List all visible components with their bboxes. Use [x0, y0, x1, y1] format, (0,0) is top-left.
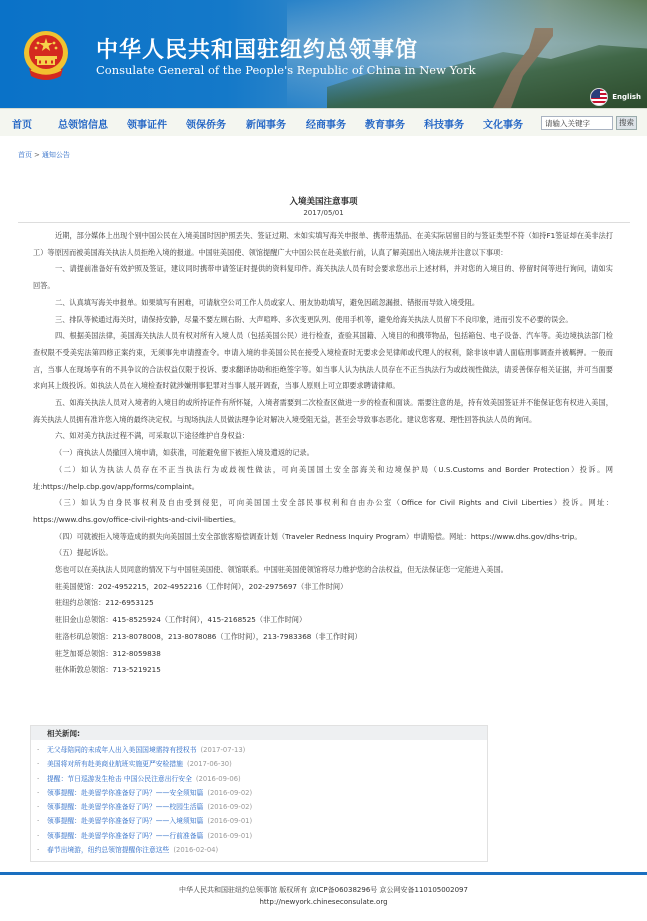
article-paragraph: 近期，部分媒体上出现个别中国公民在入境美国时因护照丢失、签证过期、未如实填写海关… — [33, 228, 613, 261]
breadcrumb-separator: > — [34, 151, 40, 159]
contact-chicago: 驻芝加哥总领馆：312-8059838 — [33, 646, 613, 663]
related-news-link[interactable]: 无父母陪同的未成年人出入美国国境需持有授权书 — [47, 746, 197, 754]
nav-item-protection-overseas-chinese[interactable]: 领保侨务 — [186, 116, 226, 131]
site-header: 中华人民共和国驻纽约总领事馆 Consulate General of the … — [0, 0, 647, 108]
nav-item-science-technology[interactable]: 科技事务 — [424, 116, 464, 131]
national-emblem-icon — [21, 28, 71, 82]
article-paragraph: 六、如对美方执法过程不满，可采取以下途径维护自身权益： — [33, 428, 613, 445]
related-news-item: ·领事提醒：赴美留学你准备好了吗？——安全须知篇(2016-09-02) — [37, 786, 487, 800]
bullet-icon: · — [37, 843, 47, 857]
related-news-link[interactable]: 提醒：节日巡游发生枪击 中国公民注意出行安全 — [47, 775, 192, 783]
bullet-icon: · — [37, 786, 47, 800]
related-news-date: (2017-07-13) — [201, 746, 246, 754]
article-body: 近期，部分媒体上出现个别中国公民在入境美国时因护照丢失、签证过期、未如实填写海关… — [33, 228, 613, 679]
nav-item-consulate-info[interactable]: 总领馆信息 — [58, 116, 108, 131]
english-language-link[interactable]: English — [590, 88, 641, 106]
title-divider — [18, 222, 630, 223]
article-paragraph: 五、如海关执法人员对入境者的入境目的或所持证件有所怀疑，入境者需要到二次检查区做… — [33, 395, 613, 428]
footer-divider — [0, 872, 647, 875]
main-nav: 首页 总领馆信息 领事证件 领保侨务 新闻事务 经商事务 教育事务 科技事务 文… — [0, 108, 647, 136]
related-news-date: (2016-09-01) — [207, 817, 252, 825]
bullet-icon: · — [37, 757, 47, 771]
article-paragraph: （二）如认为执法人员存在不正当执法行为或歧视性做法，可向美国国土安全部海关和边境… — [33, 462, 613, 495]
contact-san-francisco: 驻旧金山总领馆：415-8525924（工作时间），415-2168525（非工… — [33, 612, 613, 629]
article-paragraph: 二、认真填写海关申报单。如果填写有困难，可请航空公司工作人员或家人、朋友协助填写… — [33, 295, 613, 312]
us-flag-icon — [590, 88, 608, 106]
search-input[interactable] — [541, 116, 613, 130]
related-news-link[interactable]: 美国将对所有赴美商业航班实施更严安检措施 — [47, 760, 183, 768]
article-paragraph: （五）提起诉讼。 — [33, 545, 613, 562]
related-news-date: (2016-09-02) — [207, 803, 252, 811]
related-news-heading: 相关新闻: — [31, 726, 487, 740]
related-news-item: ·美国将对所有赴美商业航班实施更严安检措施(2017-06-30) — [37, 757, 487, 771]
nav-item-education[interactable]: 教育事务 — [365, 116, 405, 131]
breadcrumb-current-link[interactable]: 通知公告 — [42, 151, 70, 159]
article-paragraph: （三）如认为自身民事权利及自由受到侵犯，可向美国国土安全部民事权利和自由办公室（… — [33, 495, 613, 528]
site-title-chinese: 中华人民共和国驻纽约总领事馆 — [96, 33, 418, 64]
bullet-icon: · — [37, 743, 47, 757]
related-news-link[interactable]: 领事提醒：赴美留学你准备好了吗？——校园生活篇 — [47, 803, 203, 811]
article-paragraph: 四、根据美国法律，美国海关执法人员有权对所有入境人员（包括美国公民）进行检查，查… — [33, 328, 613, 395]
article-paragraph: 三、排队等候通过海关时，请保持安静，尽量不要左顾右盼、大声喧哗、多次变更队列、使… — [33, 312, 613, 329]
related-news-item: ·领事提醒：赴美留学你准备好了吗？——行前准备篇(2016-09-01) — [37, 829, 487, 843]
bullet-icon: · — [37, 829, 47, 843]
related-news-date: (2016-09-01) — [207, 832, 252, 840]
nav-item-consular-documents[interactable]: 领事证件 — [127, 116, 167, 131]
related-news-list: ·无父母陪同的未成年人出入美国国境需持有授权书(2017-07-13) ·美国将… — [31, 740, 487, 857]
breadcrumb: 首页>通知公告 — [18, 150, 70, 160]
related-news-item: ·无父母陪同的未成年人出入美国国境需持有授权书(2017-07-13) — [37, 743, 487, 757]
related-news-date: (2017-06-30) — [187, 760, 232, 768]
article-paragraph: 您也可以在美执法人员同意的情况下与中国驻美国使、领馆联系。中国驻美国使领馆将尽力… — [33, 562, 613, 579]
related-news-link[interactable]: 领事提醒：赴美留学你准备好了吗？——入境须知篇 — [47, 817, 203, 825]
nav-item-news[interactable]: 新闻事务 — [246, 116, 286, 131]
article-title: 入境美国注意事项 — [0, 195, 647, 207]
footer-copyright: 中华人民共和国驻纽约总领事馆 版权所有 京ICP备06038296号 京公网安备… — [0, 885, 647, 895]
related-news-date: (2016-09-06) — [196, 775, 241, 783]
contact-new-york: 驻纽约总领馆：212-6953125 — [33, 595, 613, 612]
nav-item-commerce[interactable]: 经商事务 — [306, 116, 346, 131]
article-paragraph: （一）商执法人员撤回入境申请，如获准，可能避免留下被拒入境及遣返的记录。 — [33, 445, 613, 462]
related-news-date: (2016-09-02) — [207, 789, 252, 797]
nav-item-home[interactable]: 首页 — [12, 116, 32, 131]
article-paragraph: （四）可就被拒入境等造成的损失向美国国土安全部旅客赔偿调查计划（Traveler… — [33, 529, 613, 546]
footer-url: http://newyork.chineseconsulate.org — [0, 898, 647, 906]
site-title-english: Consulate General of the People's Republ… — [96, 63, 476, 77]
related-news-item: ·春节出境游，纽约总领馆提醒你注意这些(2016-02-04) — [37, 843, 487, 857]
article-paragraph: 一、请提前准备好有效护照及签证，建议同时携带申请签证时提供的资料复印件。海关执法… — [33, 261, 613, 294]
related-news-item: ·领事提醒：赴美留学你准备好了吗？——校园生活篇(2016-09-02) — [37, 800, 487, 814]
bullet-icon: · — [37, 814, 47, 828]
related-news-item: ·领事提醒：赴美留学你准备好了吗？——入境须知篇(2016-09-01) — [37, 814, 487, 828]
contact-los-angeles: 驻洛杉矶总领馆：213-8078008，213-8078086（工作时间），21… — [33, 629, 613, 646]
contact-embassy: 驻美国使馆：202-4952215，202-4952216（工作时间），202-… — [33, 579, 613, 596]
article-date: 2017/05/01 — [0, 209, 647, 217]
language-link-label: English — [612, 93, 641, 101]
contact-houston: 驻休斯敦总领馆：713-5219215 — [33, 662, 613, 679]
search-button[interactable]: 搜索 — [616, 116, 637, 130]
nav-item-culture[interactable]: 文化事务 — [483, 116, 523, 131]
related-news-item: ·提醒：节日巡游发生枪击 中国公民注意出行安全(2016-09-06) — [37, 772, 487, 786]
related-news-panel: 相关新闻: ·无父母陪同的未成年人出入美国国境需持有授权书(2017-07-13… — [30, 725, 488, 862]
related-news-link[interactable]: 春节出境游，纽约总领馆提醒你注意这些 — [47, 846, 169, 854]
related-news-date: (2016-02-04) — [173, 846, 218, 854]
bullet-icon: · — [37, 800, 47, 814]
related-news-link[interactable]: 领事提醒：赴美留学你准备好了吗？——行前准备篇 — [47, 832, 203, 840]
bullet-icon: · — [37, 772, 47, 786]
related-news-link[interactable]: 领事提醒：赴美留学你准备好了吗？——安全须知篇 — [47, 789, 203, 797]
breadcrumb-home-link[interactable]: 首页 — [18, 151, 32, 159]
